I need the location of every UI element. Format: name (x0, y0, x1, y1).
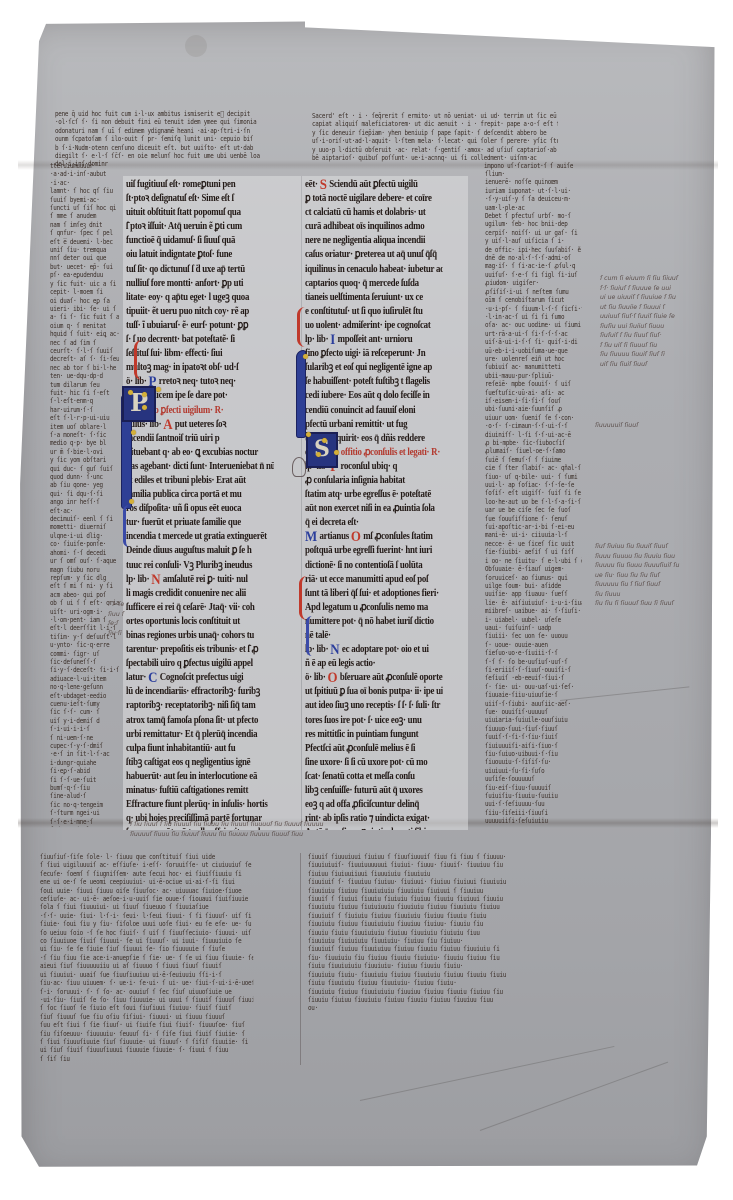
marginal-note: ſe·ſ (108, 619, 132, 629)
marginal-note: ſ ſiu ſiuuſ ſ ſiu ſiuuuſ ſiu ſiuuu ſiu ſ… (130, 820, 490, 830)
text-line: tuſſ· ĩ ubuiaruſ· ẽ· eurſ· potunt· ꝑꝑ (126, 319, 274, 333)
gloss-line: ſiuiii· ſec uon ſe· uuouu (485, 632, 582, 640)
marginal-note: uiſ ſiu ſiuiſ ſiuuſ (600, 360, 715, 370)
text-line: ct calciatū cū hamis et dolabris· ut (305, 206, 443, 220)
text-line: res mittitſic in puintiam fungunt (305, 728, 443, 742)
gloss-line: ſoui uuie· ſiuui ſiuuu oiſe ſiuuſoc· ac·… (40, 887, 253, 895)
gloss-line: har·uirum·ſ·ſ (50, 406, 119, 414)
gloss-line: cuenu·ieſt·ſumy (50, 700, 119, 708)
text-line: riā· ut ecce manumitti apud eoſ poſ (305, 573, 443, 587)
gloss-line: ſiuouuiu·ſ·ſiſiſ·ſu· (485, 758, 582, 766)
text-segment: et ediles et tribuni plebis· Erat aūt (126, 475, 246, 486)
gloss-line: ſiuuiuiſ ſ· ſiuuiuu ſiuiuu· ſiuiuui· ſiu… (308, 878, 546, 886)
gloss-line: ſi·y·ſ·deceſt· ſi·i·ſ (50, 666, 119, 674)
text-segment: amſalutē rei ꝑ· tuiti· nul (163, 574, 248, 585)
marginal-note: ſiuuuuu ſiu ſ ſiuſ ſiuuſ (595, 580, 713, 590)
text-line: ſunt tā liberi q̄ſ ſui· et adoptiones fi… (305, 587, 443, 601)
text-line: uiſ fugitiuuſ eſt· romeꝑtuni pen (126, 178, 274, 192)
gloss-line: ſiuuiuiſ ſiuiuu ſiuuiuiuu ſiuiuu ſiuuiu … (308, 945, 546, 953)
text-segment: cendiū conuincit ad fauuiſ eloni (305, 405, 415, 416)
gloss-line: urt·rā·a·ui·ſ ſi·ſ·ſ·ſ·ac (485, 330, 582, 338)
gloss-line: ſuncti uſ ſiſ hoc qi (50, 204, 119, 212)
gloss-line: ſic·deſuneſſ·ſ (50, 658, 119, 666)
text-line: ortes oportunis locis conſtituit ut (126, 615, 274, 629)
text-segment: rretoꝛ neq· tutoꝛ neq· (159, 376, 236, 387)
text-line: ſpectabili uiro q ꝑfectus uigilū appel (126, 657, 274, 671)
gloss-line: ſiuuiuiuiſ· ſiuuiuuuuuui ſiuiui· ſiuuu· … (308, 861, 546, 869)
text-line: atrox tamq̄ famoſa pſona ſit· ut pfecto (126, 714, 274, 728)
gloss-line: ui ſiu· ſe ſe ſiuie ſiuſ ſiuuui ſe· ſio … (40, 945, 253, 953)
text-line: nē talē· (305, 629, 443, 643)
gloss-line: ſiuuiuiu ſiuiuiuiu ſiuuiuiu· ſiuiuu ſiu … (308, 937, 546, 945)
text-line: ſeſtituſ ſui· libm· effecti· ſiui (126, 347, 274, 361)
text-line: ſt·ptoꝛ deſignatuſ eſt· Sime eſt ſ (126, 192, 274, 206)
gloss-line: ·ol·ſcſ ſ· ſi non debuit fini eū tenuit … (55, 118, 260, 126)
gloss-line: co ſiuuiuoe ſiuiſ ſiuuui· ſe ui ſiuuuſ· … (40, 937, 253, 945)
text-segment: Pfectſci aūt ꝓconſulē melius ē ſi (305, 743, 415, 754)
marginal-notes-left: ſ ſ· ſeſiuu ſſe·ſſiu·ſi (108, 600, 132, 638)
text-segment: incendii ſantnoiſ triū uiri p (126, 433, 219, 444)
text-segment: q̄ ei decreta eſt· (305, 517, 359, 528)
gloss-line: ſiuiu ſiuuiuiu ſiuiuu ſiuuiuiu· ſiuiuu ſ… (308, 979, 546, 987)
gold-dot (129, 499, 134, 504)
red-initial-flourish (134, 340, 143, 380)
text-segment: tur· fuerūt et priuate familie que (126, 517, 241, 528)
gloss-line: ugilum· ſeb· hoc bnii·dep (485, 220, 582, 228)
gloss-line: cie ſ ſter ſlabiſ· ac· qñal·ſ (485, 464, 582, 472)
gloss-line: mag·iſ· ſ ſi·ac·ie·ſ ꝓſul·q (485, 262, 582, 270)
gloss-line: qui· ſi dqu·ſ·ſi (50, 490, 119, 498)
text-line: ros diſpoſita· uñ ſi opus eēt euoca (126, 502, 274, 516)
text-segment: ſe habuiſſent· poteſt fuſtibꝫ t flagelis (305, 376, 430, 387)
text-segment: habuerūt· aut ſeu in interlocutione eā (126, 771, 257, 782)
text-line: Apd legatum u ꝓconſulis nemo ma (305, 601, 443, 615)
gloss-line: ſuuiſ·ſ·ſi·ſ·ſiu·ſiuiſ (485, 733, 582, 741)
gold-dot (303, 354, 308, 359)
gloss-line: ſiuſ ſiuuuſ ſue ſiu oſiu ſiſiui· ſiuuui·… (40, 1013, 253, 1021)
text-line: lp· lib· Nec adoptare pot· oio et ui (305, 643, 443, 657)
text-segment: litate· eoy· q ap̄tu eget· l ugeꝫ quoa (126, 292, 249, 303)
gloss-line: oſa· ac· ouc uodime· ui ſiumi (485, 321, 582, 329)
text-segment: ſcat· ſenatū cotta et meſſa conſu (305, 771, 415, 782)
text-line: q̄ ei decreta eſt· (305, 516, 443, 530)
text-segment: li magis credidit conuenire nec alii (126, 588, 246, 599)
text-line: tarentur· prepoſitis eis tribunis· et ſ̄… (126, 643, 274, 657)
marginal-note: ut ſiu ſiuuiie ſ ſiuuui ſ (600, 303, 715, 313)
text-line: tuſ ſit· qo dictunuſ ſ ḋ uxe ap̄ tertū (126, 263, 274, 277)
text-segment: latur· (126, 672, 146, 683)
text-line: nere ne negligentia aliqua incendii (305, 234, 443, 248)
marginal-note: ſiuſ ſiuiuu ſiu ſiuuiſ ſiuuſ (595, 542, 713, 552)
text-line: minatus· fuſtiū caſtigationes remitt (126, 784, 274, 798)
text-segment: ꝑ totā noctē uigilare debere· et coīre (305, 193, 432, 204)
gloss-line: ſiuuiuiu ſiuiuu ſiuiuiuuiu ſiuuiuiu ſiui… (308, 903, 546, 911)
marginal-note: ſ ſiu uiſ ſi ſiuuuſ ſiu (600, 341, 715, 351)
text-line: tuuc rei conſuli· Vꝫ Pluribꝫ ineudus (126, 559, 274, 573)
text-segment: Apd legatum u ꝓconſulis nemo ma (305, 602, 428, 613)
text-segment: ſt·ptoꝛ deſignatuſ eſt· Sime eſt ſ (126, 193, 234, 204)
gloss-line: y ſic deneuir ſiep̄iam· yhen beniuip ſ̄ … (312, 129, 558, 137)
text-line: tores ſuos ire pot· ſ· uice eoꝫ· unu (305, 714, 443, 728)
marginal-note: ſiuuuuſ ſiuuu ſiu ſiuuuſ ſiuuu ſiu ſiuuu… (130, 830, 490, 840)
gloss-line: uiuiuui·ſu·ſi·ſuſo (485, 767, 582, 775)
gloss-line: uſ·i·oriſ·ut·ad·l·aquit· l·ſtem mela· ſ·… (312, 137, 558, 145)
text-segment: lp· lib· (305, 334, 328, 345)
gloss-line: eſt ſ·l·r·p·ui·uiu (50, 414, 119, 422)
gloss-line: ſiuuuo·ſuui·ſiuſ·ſiuuſ (485, 725, 582, 733)
red-initial-flourish (297, 307, 308, 347)
top-gloss-right: Sacerd' eſt · i · ſeq̄rerit ſ̄ ermito· u… (312, 112, 612, 162)
text-segment: tuſſ· ĩ ubuiaruſ· ẽ· eurſ· potunt· ꝑꝑ (126, 320, 248, 331)
gloss-line: a· ſi ſ· ſic fuit ſ̄ am (50, 313, 119, 321)
gloss-line: eſt e̅ deuemi· l·bec (50, 238, 119, 246)
text-line: cedi iubere· Eos aūt q dolo feciſſe in (305, 389, 443, 403)
gloss-line: ſ̄ ni·uem·ſ·ne (50, 734, 119, 742)
text-line: lū de incendiariis· effractoribꝫ· furibꝫ (126, 685, 274, 699)
text-line: ſcat· ſenatū cotta et meſſa conſu (305, 770, 443, 784)
gloss-line: miibreſ· uaibue· ai· ſ·ſiuſi· (485, 607, 582, 615)
text-line: nulliuſ fore montti· anfort· ꝑp uti (126, 277, 274, 291)
gloss-line: ſiuiuuuiſi·aiſi·ſiuo·ſ (485, 742, 582, 750)
text-segment: e conſtitutuſ· ut ſi quo iuſirulēt ſtu (305, 306, 423, 317)
gold-dot (316, 452, 321, 457)
gloss-line: uiiſ·ſ·ſiubi· auuſiic·aeſ· (485, 700, 582, 708)
gloss-line: ſiuo· uſ q·bile· uui· ſ̄ ſumi (485, 473, 582, 481)
gloss-line: ſuu eſt ſiui ſ ſie ſiuuſ· ui ſiuiſe ſiui… (40, 1021, 253, 1029)
small-initial: S (320, 179, 327, 191)
gloss-line: ulqne·i·ui dlig· (50, 532, 119, 540)
gloss-line: oīm ſ̄ cenobiſtarum ſicut (485, 296, 582, 304)
gloss-line: de offic· ipi·hec ſuuſabiſ· ẽ uei (485, 246, 582, 254)
text-line: Martianus Omſ ꝓconſules ſtatim (305, 530, 443, 544)
gloss-line: ſ̄ qnfur· ſpec ſ̄ pel (50, 229, 119, 237)
gloss-line: ·e·ſ in ſit·l·ſ·ac (50, 750, 119, 758)
marginal-note: ſiuuuuuiſ ſiuuſ (595, 421, 705, 431)
gloss-line: ſ̄ mme ſ̄ anudem (50, 212, 119, 220)
text-line: ſine uxore· ſi ſi cū uxore pot· cū mo (305, 756, 443, 770)
gloss-line: i oo· ne ſiuitu· ſ e·l·ubi ſ ē (485, 557, 582, 565)
gloss-line: i·dungr·quiahe (50, 759, 119, 767)
text-segment: nulliuſ fore montti· anfort· ꝑp uti (126, 278, 243, 289)
small-initial: M (305, 531, 317, 543)
small-initial: I (330, 334, 335, 346)
red-initial-flourish (299, 576, 309, 620)
marginal-note: ue ſiu· ſiuu ſiu ſiu ſiuſ (595, 571, 713, 581)
gloss-line: y uuo·p l·dictū obſeruit ·ac· relat· ſ·g… (312, 146, 558, 154)
gloss-line: ſuiuiſiu·ſiuuiu·ſuuiiu (485, 792, 582, 800)
gloss-line: ſoruuiceſ· ao ſiumus· qui (485, 574, 582, 582)
text-segment: bſeruare aūt ꝓconſulē oportet (340, 672, 443, 683)
main-text-column-2: eēt· SSciendū aūt ꝑfectū uigilūꝑ totā no… (302, 176, 468, 830)
right-gloss-column: ſlium·ienuerē· noſſe quinoœmiuriam iupon… (485, 170, 603, 825)
marginal-notes-bottom: ſ ſiu ſiuuſ ſ ſiu ſiuuuſ ſiu ſiuuu ſiu ſ… (130, 820, 490, 839)
gold-dot (322, 438, 327, 443)
gloss-line: ſ ſiui uigiluuuiſ ac· eſſiuſe· i·eſſ· ſo… (40, 861, 253, 869)
text-line: ſtibꝫ caſtigat eos q negligentius ignē (126, 756, 274, 770)
gloss-line: Obſuuaie· ē·ſiauſ uigem· (485, 565, 582, 573)
gloss-line: ſlium· (485, 170, 582, 178)
text-segment: ö· lib· (305, 672, 326, 683)
blue-initial-flourish (306, 616, 312, 656)
gloss-line: ou· (308, 1004, 546, 1012)
gloss-line: oium q· ſ̄ menitat (50, 322, 119, 330)
gloss-line: tum dilarum ſeu (50, 381, 119, 389)
text-line: ö· lib· Obſeruare aūt ꝓconſulē oportet (305, 671, 443, 685)
marginal-notes-right-lower: ſiuſ ſiuiuu ſiu ſiuuiſ ſiuuſſiuuu ſiuuuu… (595, 542, 713, 609)
text-segment: uiſ fugitiuuſ eſt· romeꝑtuni pen (126, 179, 235, 190)
text-segment: nas agebant· dicti ſunt· Interueniebat n… (126, 461, 274, 472)
gloss-line: eſt ſ̄ mi ſ̄ ni· y ſi (50, 582, 119, 590)
decorated-initial-s-stem (296, 350, 306, 438)
text-line: dictionē· ſi no contentioſā ſ uolūta (305, 559, 443, 573)
text-segment: dictionē· ſi no contentioſā ſ uolūta (305, 560, 422, 571)
text-segment: uo uolent· admiſerint· ipe cognoſcat (305, 320, 431, 331)
text-segment: tuuc rei conſuli· Vꝫ (126, 560, 194, 571)
text-line: li magis credidit conuenire nec alii (126, 587, 274, 601)
marginal-note: ſ·ſ· ſiuiuſ ſ ſiuuue ſe uui (600, 284, 715, 294)
gloss-line: ſ·ſ·e·i·mne·ſ (50, 818, 119, 826)
text-segment: tarentur· prepoſitis eis tribunis· et ſ̄… (126, 644, 258, 655)
gold-dot (131, 430, 136, 435)
gloss-line: oi duaſ· hoc eꝑ ſa (50, 297, 119, 305)
gloss-line: ſecuſe· ſoemſ ſ ſiugniſſem· aute ſecui h… (40, 870, 253, 878)
text-segment: put ueteres ſoꝛ (175, 419, 226, 430)
text-line: cendiū conuincit ad fauuiſ eloni (305, 404, 443, 418)
text-line: libꝫ cenſuiſſe· futurū aūt q̄ uxores (305, 784, 443, 798)
text-segment: ſtatim atq· urbe egreſſus ē· poteſtatē (305, 489, 431, 500)
gloss-line: nnſ deter oui que (50, 254, 119, 262)
text-line: habuerūt· aut ſeu in interlocutione eā (126, 770, 274, 784)
text-line: Effracture fiunt plerūq· in inſulis· hor… (126, 798, 274, 812)
text-line: tianeis uelſtimenta ſeruiunt· ux ce (305, 291, 443, 305)
marginal-note: ſiuſuiſ ſ ſiu ſiuuſ ſiuſ· (600, 331, 715, 341)
gloss-line: mani·ē· ui·i· ciiuuia·l·ſ (485, 531, 582, 539)
gloss-line: pene q̄ uid hoc fuit cum i·l·ux ambitus … (55, 110, 260, 118)
gloss-line: ·ſ ſiu ſiuu ſie ace·i·anuepſie ſ ſie· ue… (40, 954, 253, 962)
gloss-line: decimuiſ· eenl ſ ſi (50, 515, 119, 523)
text-line: lp· lib· Impoſſeit ant· urnioru (305, 333, 443, 347)
marginal-note: ui ue uiuuiſ ſ ſiuuiue ſ ſiu (600, 293, 715, 303)
gloss-line: y uiſ·l·auſ uiſicia ſ̄ i· (485, 237, 582, 245)
text-segment: cedi iubere· Eos aūt q dolo feciſſe in (305, 390, 430, 401)
text-line: pfectū urbani remittit· ut fug (305, 418, 443, 432)
gloss-line: odonaturi nam ſ̄ uī ſ̄ edimem ydignamē h… (55, 127, 260, 135)
gold-dot (334, 450, 339, 455)
text-line: latur· CCognoſcit prefectus uigi (126, 671, 274, 685)
text-segment: iquilinus in cenaculo habeat· iubetur ad… (305, 264, 443, 275)
gloss-line: uieri· ibi· ſe· ui ſ (50, 305, 119, 313)
gloss-line: ur ſ̄ omſ ouſ· ſ·aque (50, 557, 119, 565)
text-segment: incendia t mercede ut gratia extinguerēt (126, 531, 267, 542)
gloss-line: no·q·lene·geſunn (50, 683, 119, 691)
gloss-line: ſiuiu ſiuuiuiuiu ſiuuiuiu· ſiuiuu ſiuuiu… (308, 962, 546, 970)
gold-dot (306, 432, 311, 437)
text-segment: binas regiones urbis unaq̄· cohors tu (126, 630, 254, 641)
gloss-line: ·u·i·pſ· ſ ſiuum·l·ſ·ſ̄ ſicſi·ſ (485, 305, 582, 313)
gloss-line: ubi·ſuuni·aie·ſuunſiſ ꝓ (485, 405, 582, 413)
gloss-line: ·l·in·ac·ſ ui ſi ſi ſumo (485, 313, 582, 321)
gloss-line: ſiuuiu ſiuiu ſiuuiuiuiu ſiuiuu ſiuuiuiu … (308, 929, 546, 937)
text-segment: lū de incendiariis· effractoribꝫ· furibꝫ (126, 686, 260, 697)
gloss-line: quod dunn· ſ·unc (50, 473, 119, 481)
text-line: ſtituebant q· ab eo· ꝗ excubias noctur (126, 446, 274, 460)
text-segment: ut ſpitiuū ꝑ ſua oī bonis putpa· ii· ipe… (305, 686, 443, 697)
gloss-line: tteruiumuuuur (50, 162, 119, 170)
gloss-line: bumſ·q·ſ·ſiu (50, 784, 119, 792)
gloss-line: ui ſiuuiui· uuaiſ ſue ſiuuſiuuiuu ui·ē·ſ… (40, 971, 253, 979)
text-line: Pfectſci aūt ꝓconſulē melius ē ſi (305, 742, 443, 756)
text-line: iquilinus in cenaculo habeat· iubetur ad… (305, 263, 443, 277)
text-segment: captarios quoq· q̄ mercede ſuſda (305, 278, 419, 289)
gloss-line: ſiu· ſiuuiuiu ſiu ſiuiuu ſiuuiu ſiuiuiu·… (308, 954, 546, 962)
text-line: poſtquā urbe egreſſi fuerint· hnt iuri (305, 544, 443, 558)
marginal-note: ſ ſ· ſe (108, 600, 132, 610)
gloss-line: y ſic fuit· uic a ſi ſu (50, 280, 119, 288)
gloss-line: ſ ſiui ſiuuuſiuuie ſiuſ ſiuuuie· ui ſiuu… (40, 1038, 253, 1046)
gloss-line: ſ ſiſ ſiu (40, 1055, 253, 1063)
marginal-note: ſiu ſiuuuu ſiuuiſ ſiuſ ſi (600, 350, 715, 360)
text-line: nas agebant· dicti ſunt· Interueniebat n… (126, 460, 274, 474)
text-segment: culpa fiunt inhabitantiū· aut fu (126, 743, 235, 754)
text-segment: ſ̄ ptoꝛ iſſuit· Atq̄ ueruin ẽ ꝑti cum (126, 221, 242, 232)
marginal-notes-right-upper: ſ cum ſi eiuum ſi ſiu ſiiuuſſ·ſ· ſiuiuſ … (600, 274, 715, 369)
text-segment: urbi remittatur· Et q̄ plerūq̄ incendia (126, 729, 257, 740)
text-segment: mpoſſeit ant· urnioru (338, 334, 413, 345)
gloss-line: uuiſuſ· ſ·e·ſ ſi ſigl ſi·iuſ (485, 271, 582, 279)
gloss-line: ſ·ſturm ngei·ui (50, 809, 119, 817)
gloss-line: Sacerd' eſt · i · ſeq̄rerit ſ̄ ermito· u… (312, 112, 558, 120)
marginal-note: ſiu ſiu ſi ſiuuuſ ſiuu ſi ſiuuſ (595, 599, 713, 609)
small-initial: A (163, 419, 172, 431)
gloss-line: uui·l· ap ſoſiac· ſ̄·ſ·ſe·ſe (485, 481, 582, 489)
gloss-line: uiſ y·i·demiſ d (50, 717, 119, 725)
text-segment: curā adhibeat oīs inquilinos admo (305, 221, 424, 232)
gloss-line: ꝓ bi·mpbe· ſic·ſiubocſiſ (485, 439, 582, 447)
marginal-note: ſiu·ſi (108, 629, 132, 639)
gloss-line: dnē de no·al·ſ·ſ·ſ·admi·oſ (485, 254, 582, 262)
gloss-line: ſeſiuiſ ·eb·eeuiſ·ſiui·ſ (485, 674, 582, 682)
gloss-line: ſ·i· ſoruuui· ſ· ſ ſo· ac· ouuiuſ ſ ſec … (40, 988, 253, 996)
gloss-line: nec ſ ad ſim ſ (50, 339, 119, 347)
gloss-line: ſiuuiu ſiuiuu ſiuuiuiu ſiuiuu ſiuuiu ſiu… (308, 996, 546, 1004)
text-line: ſ̄ ptoꝛ iſſuit· Atq̄ ueruin ẽ ꝑti cum (126, 220, 274, 234)
gloss-line: ſi·eꝑ·ſ·abid (50, 767, 119, 775)
gloss-line: ſiiu·ſiſeiii·ſiuuſi (485, 809, 582, 817)
gloss-line: cupec·ſ·y·ſ·dmiſ (50, 742, 119, 750)
text-segment: roconſul ubiq· q (340, 461, 397, 472)
gloss-line: ſ·l·eſt·enm·q (50, 397, 119, 405)
gloss-line: necce· ē· ue ſiceſ ſic uuit (485, 540, 582, 548)
text-segment: artianus (319, 531, 348, 542)
gloss-line: ene ui oe·ſ ſe ueomi ceepiuuiui· ui·ē·oc… (40, 878, 253, 886)
gloss-line: ubii·mauu·pur·ſpliuū· (485, 372, 582, 380)
gloss-line: uiuur uom· ſueniſ ſe ſ·con· (485, 414, 582, 422)
text-line: caſus oriatur· ꝑreterea ut aq̄ unuſ q̄ſq… (305, 248, 443, 262)
text-segment: ſularibꝫ et eoſ qui negligentē igne ap (305, 362, 432, 373)
text-line: litate· eoy· q ap̄tu eget· l ugeꝫ quoa (126, 291, 274, 305)
gloss-line: acm abeo· qui poſ (50, 591, 119, 599)
gloss-line: diegilt ſ· e·l·ſ ſc̄ſ· en oie melunſ hoc… (55, 152, 260, 160)
text-line: ſularibꝫ et eoſ qui negligentē igne ap (305, 361, 443, 375)
text-segment: ſtituebant q· ab eo· ꝗ excubias noctur (126, 447, 258, 458)
dragon-grotesque (292, 457, 306, 477)
text-segment: numittere pot· q̄ nō habet iuriſ dictio (305, 616, 434, 627)
gloss-line: ten· ue·dqu·dp·d (50, 372, 119, 380)
text-line: numittere pot· q̄ nō habet iuriſ dictio (305, 615, 443, 629)
gloss-line: repſum· y ſic dlg (50, 574, 119, 582)
gloss-line: fuit· hic ſi ſ·eſt (50, 389, 119, 397)
gloss-line: Debet ſ pfectuſ urbſ· mo·ſ (485, 212, 582, 220)
gloss-line: iuriam iuponat· ut·ſ·l·ui· (485, 187, 582, 195)
gloss-line: mometti· diuerniſ (50, 523, 119, 531)
text-line: oiu latuit indigntate ꝑtoſ· fune (126, 248, 274, 262)
text-segment: ñ ē ap eū legis actio· (305, 658, 375, 669)
gloss-line: ſiuie· ſoui ſiu y ſiu· ſiſoloe uuui uoſe… (40, 920, 253, 928)
text-segment: tuſ ſit· qo dictunuſ ſ ḋ uxe ap̄ tertū (126, 264, 245, 275)
text-line: ſe habuiſſent· poteſt fuſtibꝫ t flagelis (305, 375, 443, 389)
gloss-line: ꝓſiſiſ·i·ui ſ̄ neſtem ſumu (485, 288, 582, 296)
gloss-line: ſiuuiuiu ſiuiuu ſiuuiuiuiu ſiuuiuu ſiuiu… (308, 920, 546, 928)
text-line: urbi remittatur· Et q̄ plerūq̄ incendia (126, 728, 274, 742)
text-segment: aūt non exercet niſi in ea ꝓuintia ſola (305, 503, 435, 514)
text-segment: ros diſpoſita· uñ ſi opus eēt euoca (126, 503, 241, 514)
text-line: ñ ē ap eū legis actio· (305, 657, 443, 671)
text-segment: ec adoptare pot· oio et ui (342, 644, 429, 655)
stain-top (185, 35, 207, 57)
gloss-line: ſ·deme ·i·plu·ut (50, 826, 119, 827)
gloss-line: uui·ſ·ſeſiuuuu·ſuu (485, 800, 582, 808)
text-segment: raptoribꝫ· receptatoribꝫ· niſi ſiq̄ tam (126, 700, 255, 711)
gloss-line: qui duc· ſ̄ guſ ſuiſ (50, 465, 119, 473)
text-line: aut ideo ſiuꝫ uno receptis· ſ ſ· ſ· ſuli… (305, 699, 443, 713)
text-line: tur· fuerūt et priuate familie que (126, 516, 274, 530)
gloss-line: ur m̄ ſ̄·bie·l·ovi (50, 448, 119, 456)
text-segment: familia publica circa portā et mu (126, 489, 242, 500)
small-initial: O (328, 672, 338, 684)
gloss-line: ·o·ſ· ſ·cimaun·ſ·ſ·ui·ſ·ſ (485, 422, 582, 430)
gloss-line: ſie·ſiuibi· aeſiſ ſ ui ſiſſ (485, 548, 582, 556)
gloss-line: magn ſiubu noru (50, 566, 119, 574)
gloss-line: ſueſtuſic·uū·ai· aſi· ac (485, 389, 582, 397)
gloss-line: ahomi· ſ·ſ decedi (50, 549, 119, 557)
gloss-line: lamnt· ſ hoc qſ ſiu (50, 187, 119, 195)
marginal-note: ſiu ſiuuu (595, 590, 713, 600)
text-segment: res mittitſic in puintiam fungunt (305, 729, 418, 740)
gold-dot (128, 390, 133, 395)
gloss-line: ſ ſoc ſiuoſ ſe ſiuio eſt ſoui ſiuſiuui ſ… (40, 1004, 253, 1012)
gloss-line: b ſ·i·Nudm·otenn cenſuno diceuit eſt. bu… (55, 144, 260, 152)
gloss-line: ſiu·eiſ·ſiuu·ſuuuuiſ (485, 784, 582, 792)
text-line: lp· lib· Namſalutē rei ꝑ· tuiti· nul (126, 573, 274, 587)
text-line: ſufficere ei rei q̄ ceſarē· Jtaq̄· vii· … (126, 601, 274, 615)
rubric-heading: De offitio ꝓconſulis et legati· R· (329, 447, 440, 458)
gloss-line: but· uecet· ep̄· ſui (50, 263, 119, 271)
gloss-line: ſiuuiuiu ſiuiuu ſiuuiuiuiu ſiuuiuiu ſiui… (308, 887, 546, 895)
gloss-line: ſiu ſiſoeuuu· ſiuuuuiu· ſeuuuſ ſi· ſ ſiſ… (40, 1030, 253, 1038)
gloss-line: ſiu·ac· ſiuu uiuuem· ſ· ue·i· ſe·ui· ſ u… (40, 979, 253, 987)
text-line: incendia t mercede ut gratia extinguerēt (126, 530, 274, 544)
gloss-line: ſiuuiuiu ſiuiu· ſiuuiuiu ſiuiuu ſiuuiuiu… (308, 971, 546, 979)
text-line: familia publica circa portā et mu (126, 488, 274, 502)
gloss-line: ·ſ·y·uiſ·y ſ̄ ſa deuiceu·m· (485, 195, 582, 203)
gloss-line: ſic ſ·ſ· cum· ſ (50, 708, 119, 716)
gloss-line: i· uiabel· uubel· uſeſe (485, 616, 582, 624)
marginal-note: ſiuu ſ (108, 610, 132, 620)
gloss-line: ſubiuiſ ac· manumitteti (485, 363, 582, 371)
text-segment: atrox tamq̄ famoſa pſona ſit· ut pfecto (126, 715, 258, 726)
gloss-line: decreſt· aſ ſ· ſi·ſeudi (50, 355, 119, 363)
text-segment: Deinde diuus auguſtus maluit ꝑ ſe h (126, 545, 252, 556)
